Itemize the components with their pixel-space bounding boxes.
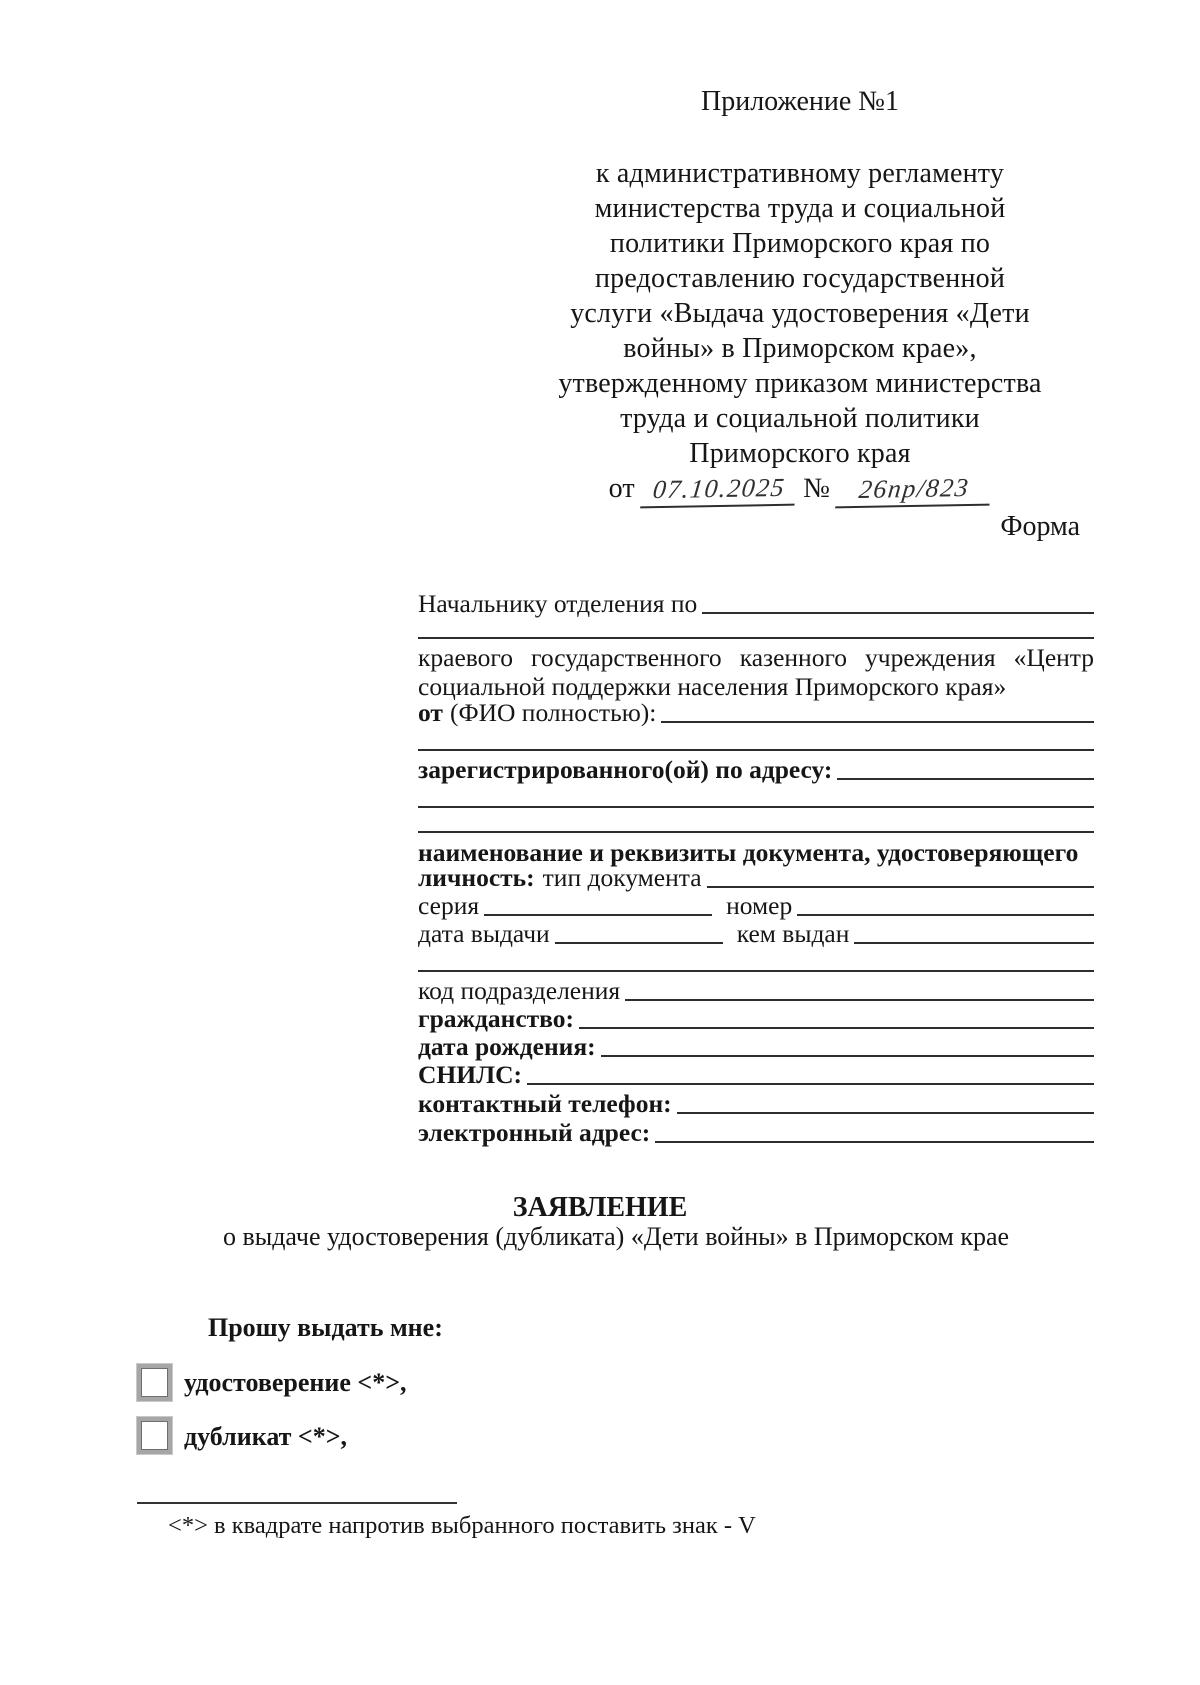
doc-type-row: личность: тип документа (418, 862, 1094, 892)
duplicate-option-label: дубликат <*>, (184, 1422, 347, 1452)
issue-date-label: дата выдачи (418, 921, 550, 948)
snils-label: СНИЛС: (418, 1062, 522, 1089)
phone-row: контактный телефон: (418, 1088, 1094, 1118)
scanned-form-page: Приложение №1 к административному реглам… (0, 0, 1200, 1685)
address-row: зарегистрированного(ой) по адресу: (418, 754, 1094, 784)
appendix-title: Приложение №1 (550, 86, 1050, 118)
address-label: зарегистрированного(ой) по адресу: (418, 757, 832, 784)
doc-type-label: тип документа (543, 865, 702, 892)
request-label: Прошу выдать мне: (208, 1313, 443, 1343)
duplicate-checkbox[interactable] (137, 1417, 172, 1454)
form-label: Форма (930, 511, 1080, 543)
address-blank-line-3 (418, 831, 1094, 833)
issued-by-label: кем выдан (737, 921, 850, 948)
number-blank-line (797, 914, 1094, 916)
header-line: к административному регламенту (505, 156, 1095, 191)
header-line: Приморского края (505, 436, 1095, 471)
series-number-row: серия номер (418, 890, 1094, 920)
email-row: электронный адрес: (418, 1117, 1094, 1147)
handwritten-order-date: 07.10.2025 (640, 473, 798, 509)
header-line: политики Приморского края по (505, 226, 1095, 261)
email-label: электронный адрес: (418, 1120, 650, 1147)
birth-date-blank-line (601, 1055, 1094, 1057)
header-line: утвержденному приказом министерства (505, 366, 1095, 401)
email-blank-line (655, 1141, 1094, 1143)
issue-date-blank-line (555, 942, 723, 944)
division-code-blank-line (625, 999, 1094, 1001)
citizenship-row: гражданство: (418, 1003, 1094, 1033)
from-label: от (418, 700, 443, 727)
address-blank-line (837, 778, 1094, 780)
order-date-line: от 07.10.2025 № 26пр/823 (505, 471, 1095, 507)
division-code-row: код подразделения (418, 975, 1094, 1005)
handwritten-order-number: 26пр/823 (836, 473, 994, 509)
fio-blank-line (661, 721, 1094, 723)
addressee-head-label: Начальнику отделения по (418, 591, 697, 618)
issue-date-row: дата выдачи кем выдан (418, 918, 1094, 948)
series-blank-line (484, 914, 712, 916)
header-line: услуги «Выдача удостоверения «Дети (505, 296, 1095, 331)
division-code-label: код подразделения (418, 978, 620, 1005)
issued-by-blank-line-2 (418, 970, 1094, 972)
certificate-option-label: удостоверение <*>, (184, 1368, 407, 1398)
footnote-divider (137, 1502, 457, 1504)
identity-label: личность: (418, 865, 535, 892)
certificate-checkbox[interactable] (137, 1364, 172, 1401)
snils-row: СНИЛС: (418, 1059, 1094, 1089)
blank-line (702, 612, 1094, 614)
application-subtitle: о выдаче удостоверения (дубликата) «Дети… (100, 1222, 1132, 1252)
phone-label: контактный телефон: (418, 1091, 672, 1118)
series-label: серия (418, 893, 479, 920)
citizenship-blank-line (579, 1027, 1094, 1029)
fio-blank-line-2 (418, 749, 1094, 751)
header-line: войны» в Приморском крае», (505, 331, 1095, 366)
application-title: ЗАЯВЛЕНИЕ (100, 1192, 1100, 1224)
order-prefix: от (609, 473, 635, 504)
org-name-line1: краевого государственного казенного учре… (418, 645, 1094, 672)
header-line: предоставлению государственной (505, 261, 1095, 296)
header-line: министерства труда и социальной (505, 191, 1095, 226)
header-line: труда и социальной политики (505, 401, 1095, 436)
birth-date-row: дата рождения: (418, 1031, 1094, 1061)
regulation-header: к административному регламенту министерс… (505, 156, 1095, 507)
footnote-text: <*> в квадрате напротив выбранного поста… (168, 1512, 756, 1540)
doc-type-blank-line (707, 886, 1094, 888)
order-number-sign: № (803, 473, 830, 504)
blank-line (418, 637, 1094, 639)
address-blank-line-2 (418, 806, 1094, 808)
addressee-head-row: Начальнику отделения по (418, 588, 1094, 618)
snils-blank-line (527, 1083, 1094, 1085)
birth-date-label: дата рождения: (418, 1034, 596, 1061)
from-fio-row: от (ФИО полностью): (418, 697, 1094, 727)
issued-by-blank-line (854, 942, 1094, 944)
phone-blank-line (677, 1112, 1094, 1114)
citizenship-label: гражданство: (418, 1006, 574, 1033)
fio-label: (ФИО полностью): (450, 700, 656, 727)
number-label: номер (726, 893, 792, 920)
